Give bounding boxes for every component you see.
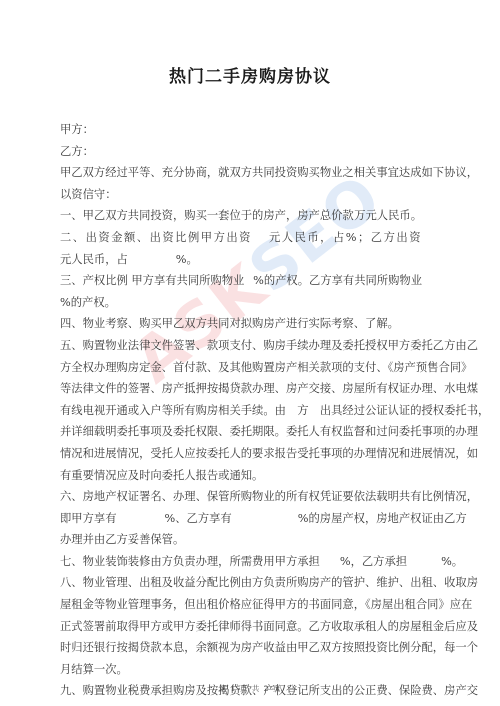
document-title: 热门二手房购房协议 bbox=[0, 62, 500, 87]
clause-5-line: 并详细载明委托事项及委托权限、委托期限。委托人有权监督和过问委托事项的办理 bbox=[60, 421, 422, 443]
preamble-line: 甲乙双方经过平等、充分协商，就双方共同投资购买物业之相关事宜达成如下协议， bbox=[60, 162, 422, 184]
clause-5-line: 方全权办理购房定金、首付款、及其他购置房产相关款项的支付、《房产预售合同》 bbox=[60, 357, 422, 379]
clause-6-line: 六、房地产权证署名、办理、保管所购物业的所有权凭证要依法载明共有比例情况， bbox=[60, 486, 422, 508]
page-number: 第 1 页 共 2 页 bbox=[0, 683, 500, 694]
clause-5-line: 有线电视开通或入户等所有购房相关手续。由 方 出具经过公证认证的授权委托书， bbox=[60, 400, 422, 422]
clause-8-line: 屋租金等物业管理事务，但出租价格应征得甲方的书面同意，《房屋出租合同》应在 bbox=[60, 594, 422, 616]
clause-8-line: 时归还银行按揭贷款本息，余额视为房产收益由甲乙双方按照投资比例分配，每一个 bbox=[60, 637, 422, 659]
clause-5-line: 五、购置物业法律文件签署、款项支付、购房手续办理及委托授权甲方委托乙方由乙 bbox=[60, 335, 422, 357]
clause-8-line: 八、物业管理、出租及收益分配比例由方负责所购房产的管护、维护、出租、收取房 bbox=[60, 572, 422, 594]
clause-2-line: 元人民币，占%。 bbox=[60, 249, 422, 271]
clause-6-line: 办理并由乙方妥善保管。 bbox=[60, 529, 422, 551]
clause-8-line: 正式签署前取得甲方或甲方委托律师得书面同意。乙方收取承租人的房屋租金后应及 bbox=[60, 616, 422, 638]
clause-5-line: 等法律文件的签署、房产抵押按揭贷款办理、房产交接、房屋所有权证办理、水电煤 bbox=[60, 378, 422, 400]
clause-7-line: 七、物业装饰装修由方负责办理，所需费用甲方承担%，乙方承担%。 bbox=[60, 551, 422, 573]
clause-8-line: 月结算一次。 bbox=[60, 659, 422, 681]
document-body: 甲方： 乙方： 甲乙双方经过平等、充分协商，就双方共同投资购买物业之相关事宜达成… bbox=[60, 119, 422, 702]
clause-6-line: 即甲方享有%、乙方享有%的房屋产权，房地产权证由乙方 bbox=[60, 508, 422, 530]
clause-5-line: 情况和进展情况，受托人应按委托人的要求报告受托事项的办理情况和进展情况，如 bbox=[60, 443, 422, 465]
party-b-line: 乙方： bbox=[60, 141, 422, 163]
party-a-line: 甲方： bbox=[60, 119, 422, 141]
clause-2-line: 二、出资金额、出资比例甲方出资元人民币，占%；乙方出资 bbox=[60, 227, 422, 249]
clause-4-line: 四、物业考察、购买甲乙双方共同对拟购房产进行实际考察、了解。 bbox=[60, 313, 422, 335]
clause-1-line: 一、甲乙双方共同投资，购买一套位于的房产，房产总价款万元人民币。 bbox=[60, 205, 422, 227]
preamble-line: 以资信守： bbox=[60, 184, 422, 206]
clause-3-line: 三、产权比例 甲方享有共同所购物业%的产权。乙方享有共同所购物业 bbox=[60, 270, 422, 292]
document-page: ASKSEO 热门二手房购房协议 甲方： 乙方： 甲乙双方经过平等、充分协商，就… bbox=[0, 0, 500, 706]
clause-3-line: %的产权。 bbox=[60, 292, 422, 314]
clause-5-line: 有重要情况应及时向委托人报告或通知。 bbox=[60, 465, 422, 487]
